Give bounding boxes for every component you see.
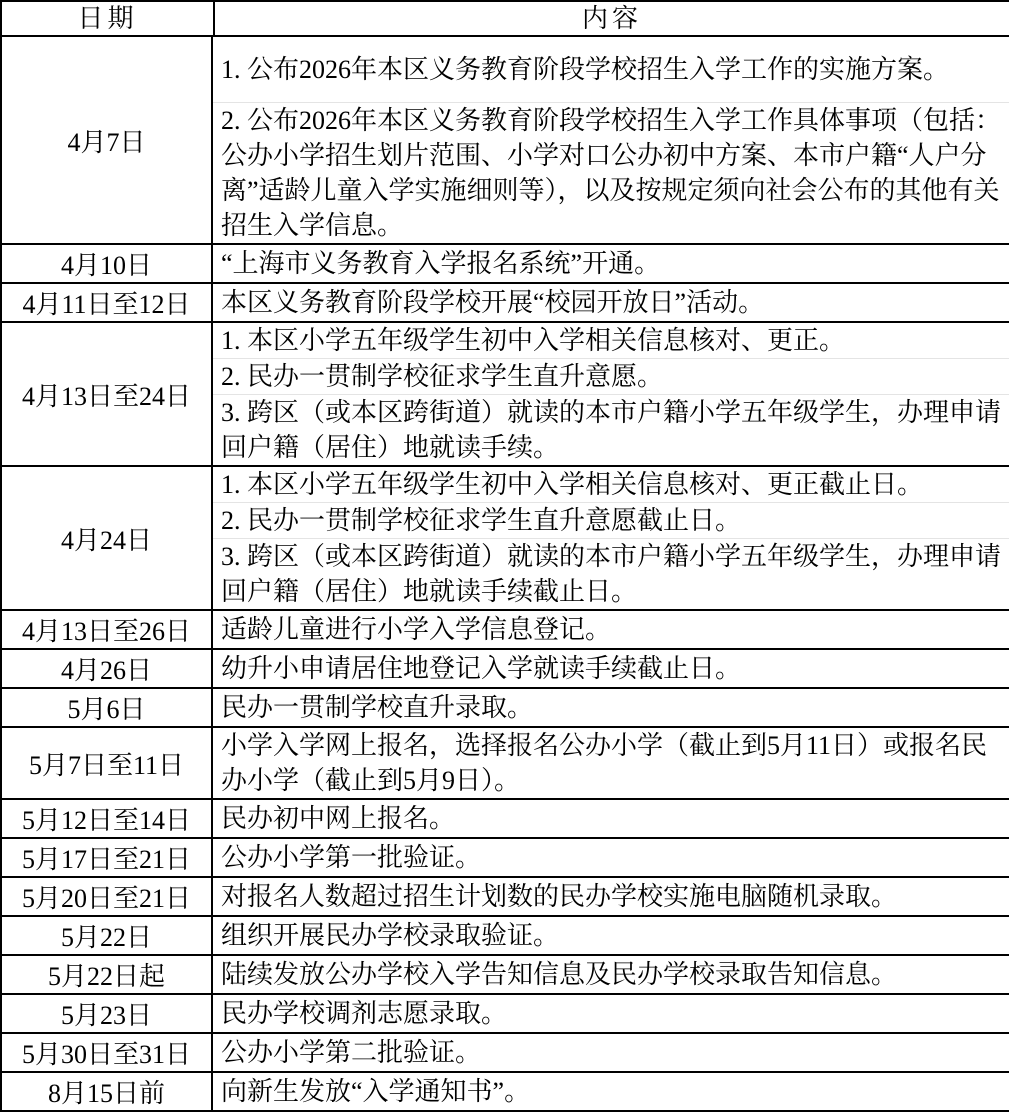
content-item: 2. 民办一贯制学校征求学生直升意愿。 xyxy=(213,358,1009,394)
content-item: 1. 本区小学五年级学生初中入学相关信息核对、更正。 xyxy=(213,323,1009,358)
content-item: 陆续发放公办学校入学告知信息及民办学校录取告知信息。 xyxy=(213,957,1009,992)
content-item: 2. 公布2026年本区义务教育阶段学校招生入学工作具体事项（包括：公办小学招生… xyxy=(213,102,1009,243)
content-item: 适龄儿童进行小学入学信息登记。 xyxy=(213,612,1009,647)
content-item: 3. 跨区（或本区跨街道）就读的本市户籍小学五年级学生，办理申请回户籍（居住）地… xyxy=(213,394,1009,465)
table-row: 4月13日至24日1. 本区小学五年级学生初中入学相关信息核对、更正。2. 民办… xyxy=(2,323,1009,467)
content-cell: 1. 本区小学五年级学生初中入学相关信息核对、更正截止日。2. 民办一贯制学校征… xyxy=(213,467,1009,609)
date-cell: 4月13日至24日 xyxy=(2,323,213,465)
table-row: 5月30日至31日公办小学第二批验证。 xyxy=(2,1034,1009,1073)
content-item: 对报名人数超过招生计划数的民办学校实施电脑随机录取。 xyxy=(213,879,1009,914)
table-row: 5月22日组织开展民办学校录取验证。 xyxy=(2,917,1009,956)
content-cell: 民办初中网上报名。 xyxy=(213,800,1009,837)
table-body: 4月7日1. 公布2026年本区义务教育阶段学校招生入学工作的实施方案。2. 公… xyxy=(2,37,1009,1110)
content-cell: 1. 公布2026年本区义务教育阶段学校招生入学工作的实施方案。2. 公布202… xyxy=(213,37,1009,243)
schedule-table: 日期 内容 4月7日1. 公布2026年本区义务教育阶段学校招生入学工作的实施方… xyxy=(0,0,1009,1112)
date-cell: 5月22日 xyxy=(2,917,213,954)
content-cell: 组织开展民办学校录取验证。 xyxy=(213,917,1009,954)
table-row: 5月7日至11日小学入学网上报名，选择报名公办小学（截止到5月11日）或报名民办… xyxy=(2,728,1009,800)
content-item: 小学入学网上报名，选择报名公办小学（截止到5月11日）或报名民办小学（截止到5月… xyxy=(213,728,1009,798)
content-item: 1. 本区小学五年级学生初中入学相关信息核对、更正截止日。 xyxy=(213,467,1009,502)
content-cell: 1. 本区小学五年级学生初中入学相关信息核对、更正。2. 民办一贯制学校征求学生… xyxy=(213,323,1009,465)
table-row: 4月26日幼升小申请居住地登记入学就读手续截止日。 xyxy=(2,650,1009,689)
date-cell: 4月10日 xyxy=(2,245,213,282)
table-row: 5月22日起陆续发放公办学校入学告知信息及民办学校录取告知信息。 xyxy=(2,956,1009,995)
content-item: 2. 民办一贯制学校征求学生直升意愿截止日。 xyxy=(213,502,1009,538)
table-row: 5月17日至21日公办小学第一批验证。 xyxy=(2,839,1009,878)
content-cell: 小学入学网上报名，选择报名公办小学（截止到5月11日）或报名民办小学（截止到5月… xyxy=(213,728,1009,798)
content-cell: 向新生发放“入学通知书”。 xyxy=(213,1073,1009,1110)
date-cell: 4月13日至26日 xyxy=(2,611,213,648)
date-cell: 5月12日至14日 xyxy=(2,800,213,837)
date-cell: 5月20日至21日 xyxy=(2,878,213,915)
table-row: 5月20日至21日对报名人数超过招生计划数的民办学校实施电脑随机录取。 xyxy=(2,878,1009,917)
content-cell: 陆续发放公办学校入学告知信息及民办学校录取告知信息。 xyxy=(213,956,1009,993)
date-cell: 4月26日 xyxy=(2,650,213,687)
content-item: 民办初中网上报名。 xyxy=(213,801,1009,836)
date-cell: 8月15日前 xyxy=(2,1073,213,1110)
content-cell: 对报名人数超过招生计划数的民办学校实施电脑随机录取。 xyxy=(213,878,1009,915)
content-cell: 公办小学第一批验证。 xyxy=(213,839,1009,876)
content-item: 1. 公布2026年本区义务教育阶段学校招生入学工作的实施方案。 xyxy=(213,37,1009,102)
content-cell: 民办学校调剂志愿录取。 xyxy=(213,995,1009,1032)
date-cell: 5月22日起 xyxy=(2,956,213,993)
content-item: 公办小学第一批验证。 xyxy=(213,840,1009,875)
content-cell: 适龄儿童进行小学入学信息登记。 xyxy=(213,611,1009,648)
content-item: 本区义务教育阶段学校开展“校园开放日”活动。 xyxy=(213,285,1009,320)
content-cell: 本区义务教育阶段学校开展“校园开放日”活动。 xyxy=(213,284,1009,321)
content-item: “上海市义务教育入学报名系统”开通。 xyxy=(213,246,1009,281)
content-item: 民办学校调剂志愿录取。 xyxy=(213,996,1009,1031)
content-item: 公办小学第二批验证。 xyxy=(213,1035,1009,1070)
table-row: 8月15日前向新生发放“入学通知书”。 xyxy=(2,1073,1009,1110)
table-row: 4月10日“上海市义务教育入学报名系统”开通。 xyxy=(2,245,1009,284)
date-cell: 5月30日至31日 xyxy=(2,1034,213,1071)
date-cell: 5月23日 xyxy=(2,995,213,1032)
content-item: 民办一贯制学校直升录取。 xyxy=(213,690,1009,725)
content-cell: 幼升小申请居住地登记入学就读手续截止日。 xyxy=(213,650,1009,687)
date-cell: 4月11日至12日 xyxy=(2,284,213,321)
table-row: 4月7日1. 公布2026年本区义务教育阶段学校招生入学工作的实施方案。2. 公… xyxy=(2,37,1009,245)
date-cell: 5月17日至21日 xyxy=(2,839,213,876)
content-item: 组织开展民办学校录取验证。 xyxy=(213,918,1009,953)
table-row: 4月24日1. 本区小学五年级学生初中入学相关信息核对、更正截止日。2. 民办一… xyxy=(2,467,1009,611)
content-item: 向新生发放“入学通知书”。 xyxy=(213,1074,1009,1109)
content-item: 幼升小申请居住地登记入学就读手续截止日。 xyxy=(213,651,1009,686)
table-row: 4月13日至26日适龄儿童进行小学入学信息登记。 xyxy=(2,611,1009,650)
content-item: 3. 跨区（或本区跨街道）就读的本市户籍小学五年级学生，办理申请回户籍（居住）地… xyxy=(213,538,1009,609)
content-cell: 公办小学第二批验证。 xyxy=(213,1034,1009,1071)
table-row: 5月23日民办学校调剂志愿录取。 xyxy=(2,995,1009,1034)
content-cell: 民办一贯制学校直升录取。 xyxy=(213,689,1009,726)
header-content: 内容 xyxy=(215,2,1009,35)
header-date: 日期 xyxy=(2,2,215,35)
table-row: 4月11日至12日本区义务教育阶段学校开展“校园开放日”活动。 xyxy=(2,284,1009,323)
table-header: 日期 内容 xyxy=(2,2,1009,37)
content-cell: “上海市义务教育入学报名系统”开通。 xyxy=(213,245,1009,282)
date-cell: 5月6日 xyxy=(2,689,213,726)
table-row: 5月12日至14日民办初中网上报名。 xyxy=(2,800,1009,839)
date-cell: 4月24日 xyxy=(2,467,213,609)
date-cell: 5月7日至11日 xyxy=(2,728,213,798)
table-row: 5月6日民办一贯制学校直升录取。 xyxy=(2,689,1009,728)
date-cell: 4月7日 xyxy=(2,37,213,243)
